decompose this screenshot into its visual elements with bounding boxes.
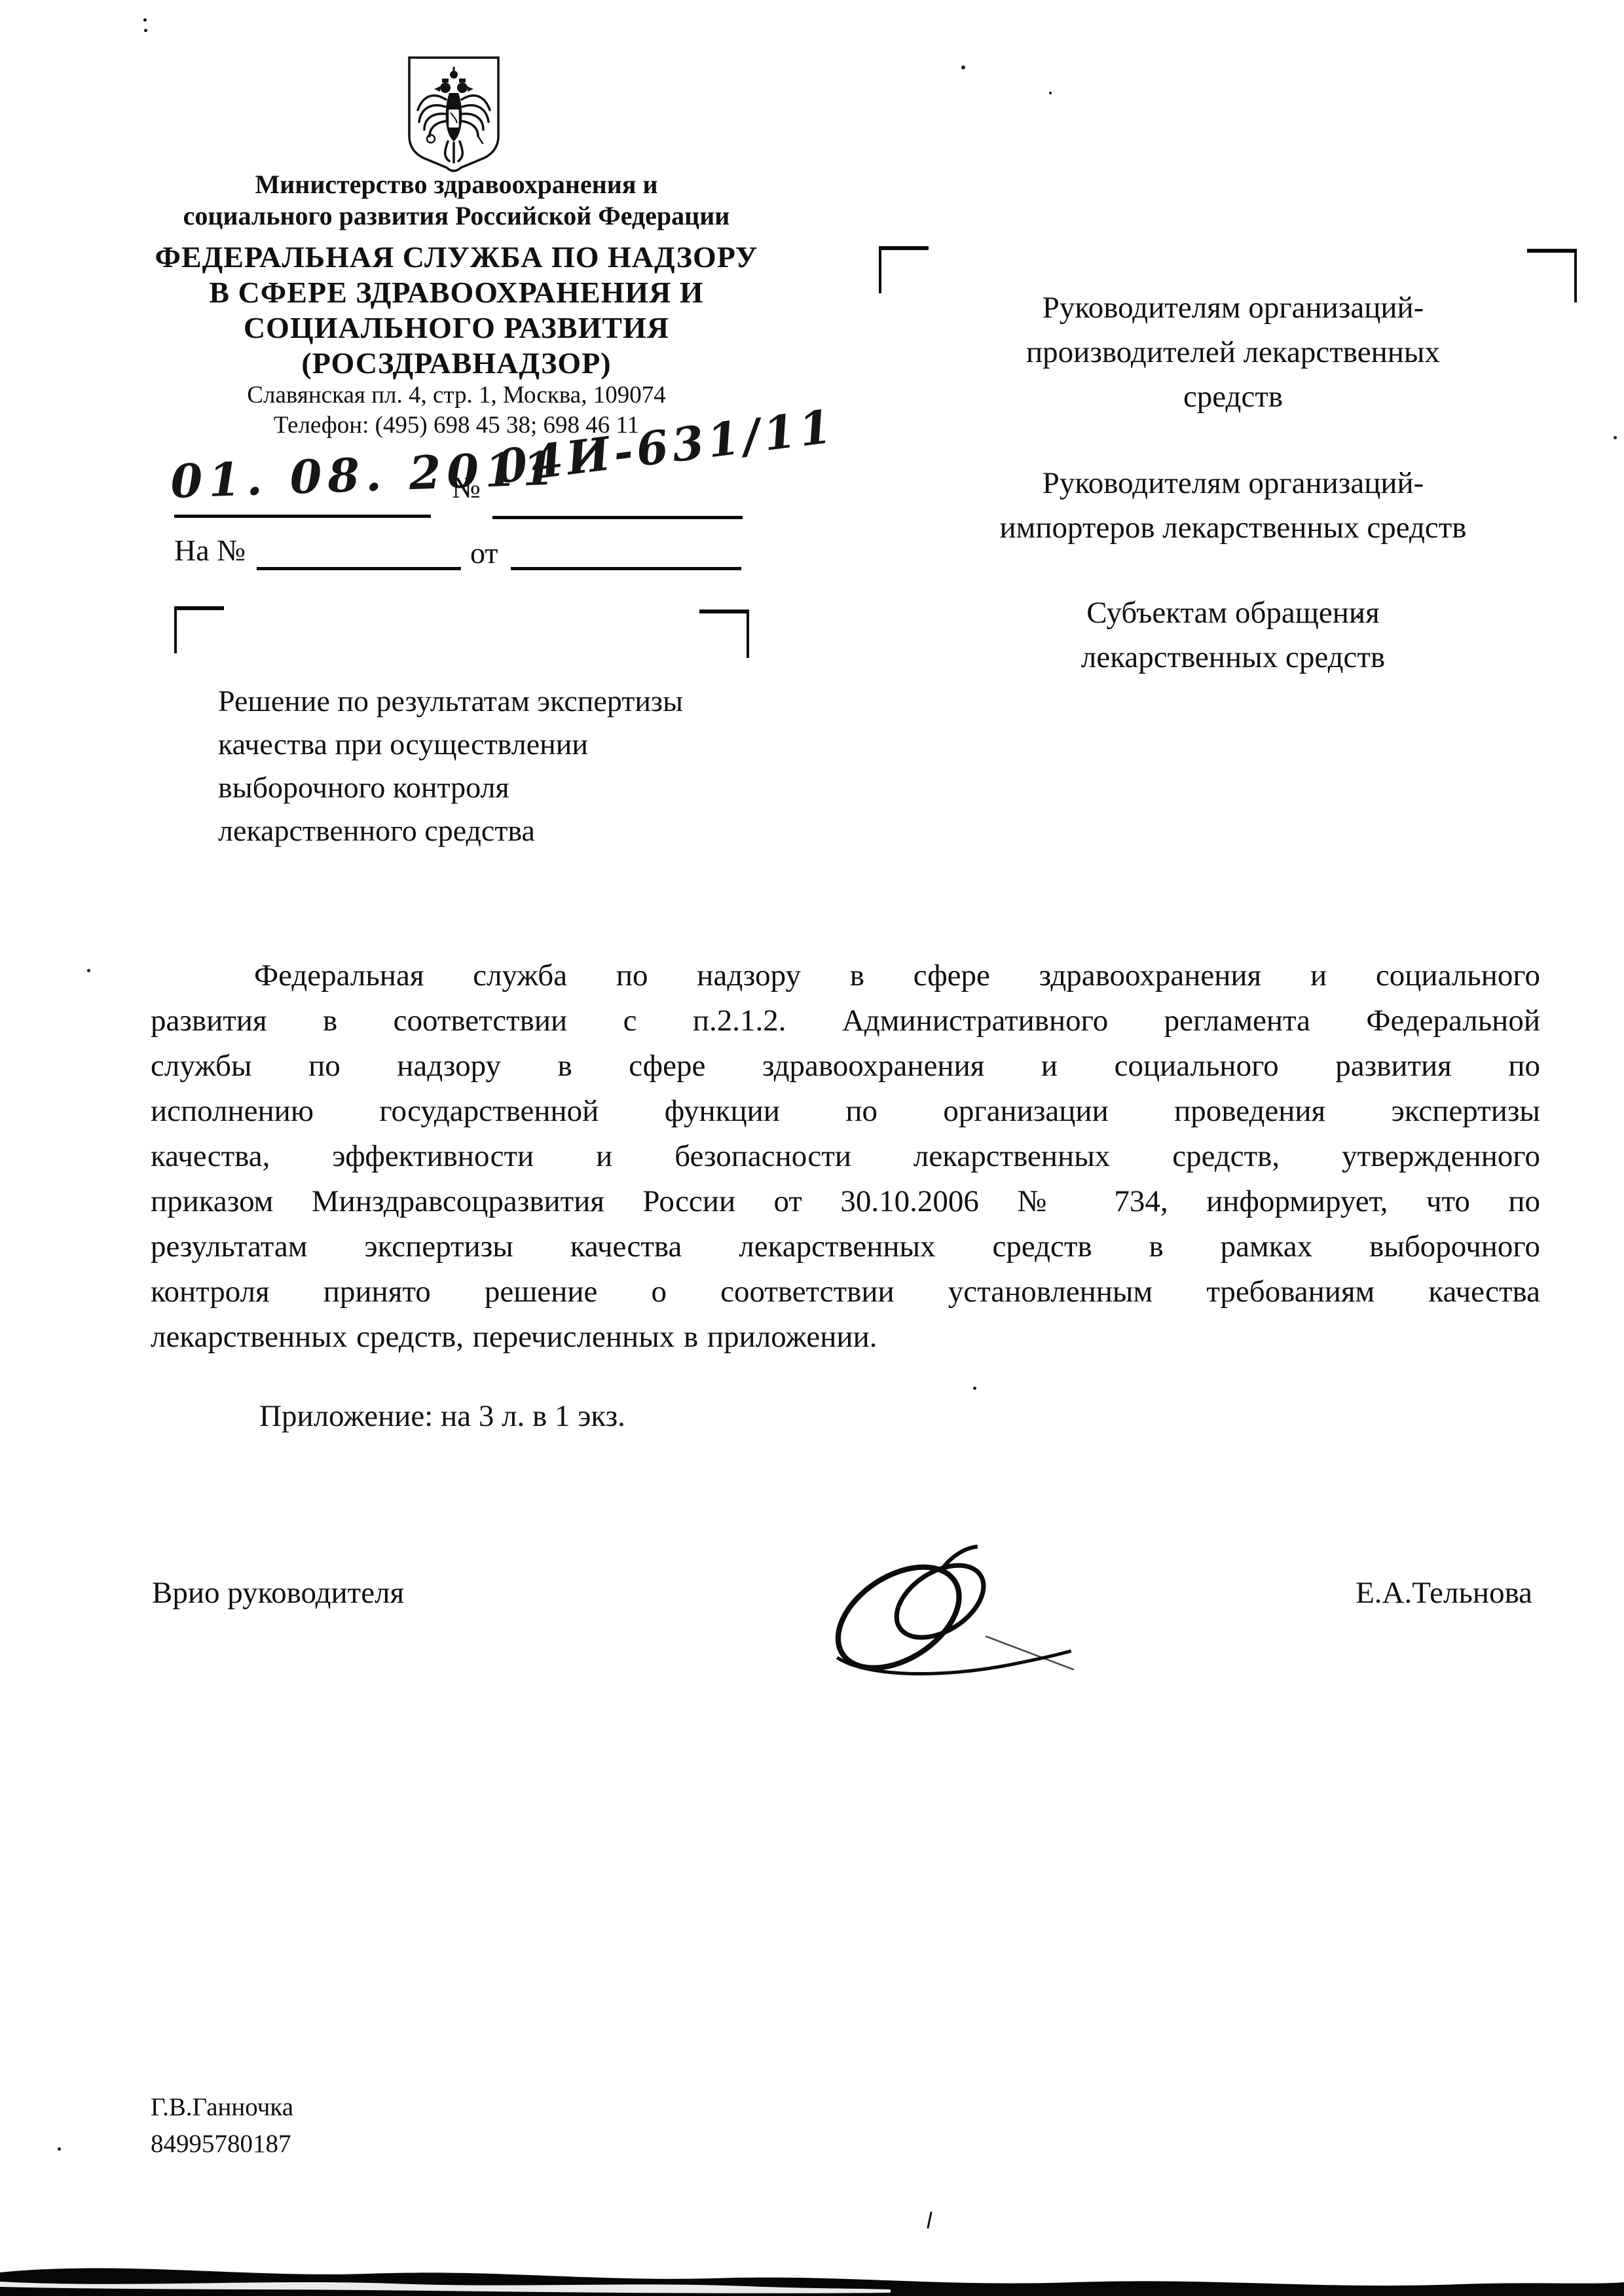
scan-speck [87, 969, 90, 972]
date-blank-line [174, 515, 431, 518]
subject-line: Решение по результатам экспертизы [218, 680, 938, 723]
addressee-line: Руководителям организаций- [922, 285, 1544, 330]
scan-artifact-bar [0, 2255, 1624, 2296]
service-line: (РОСЗДРАВНАДЗОР) [152, 346, 761, 381]
reply-no-label: На № [174, 533, 246, 568]
addressee-line: импортеров лекарственных средств [922, 505, 1544, 550]
scan-speck [143, 18, 147, 22]
executor-phone: 84995780187 [151, 2129, 291, 2159]
service-name: ФЕДЕРАЛЬНАЯ СЛУЖБА ПО НАДЗОРУ В СФЕРЕ ЗД… [152, 240, 761, 381]
number-blank-line [492, 516, 743, 519]
addressee-line: Субъектам обращения [922, 591, 1544, 635]
reply-from-blank-line [511, 567, 741, 570]
subject-line: качества при осуществлении [218, 723, 938, 766]
scan-speck [144, 29, 147, 32]
addressee-line: средств [922, 374, 1544, 419]
scan-speck [1357, 615, 1360, 619]
scan-speck [973, 1387, 976, 1390]
service-line: ФЕДЕРАЛЬНАЯ СЛУЖБА ПО НАДЗОРУ [152, 240, 761, 275]
corner-bracket [174, 606, 224, 653]
body-paragraph: Федеральная служба по надзору в сфере зд… [151, 953, 1540, 1360]
body-line: лекарственных средств, перечисленных в п… [151, 1315, 1540, 1360]
executor-name: Г.В.Ганночка [151, 2092, 293, 2122]
corner-bracket [879, 246, 929, 293]
scan-speck [1614, 436, 1617, 439]
handwritten-signature-icon [765, 1537, 1079, 1691]
signer-position: Врио руководителя [152, 1575, 404, 1611]
subject-block: Решение по результатам экспертизы качест… [218, 680, 938, 852]
scan-speck [1049, 92, 1052, 94]
addressee-line: лекарственных средств [922, 635, 1544, 680]
body-line: службы по надзору в сфере здравоохранени… [151, 1044, 1540, 1089]
subject-line: выборочного контроля [218, 766, 938, 809]
address-line: Славянская пл. 4, стр. 1, Москва, 109074 [152, 381, 761, 409]
ministry-line: Министерство здравоохранения и [152, 169, 761, 200]
addressee-line: производителей лекарственных [922, 330, 1544, 374]
body-line: исполнению государственной функции по ор… [151, 1089, 1540, 1134]
coat-of-arms-icon [405, 55, 503, 176]
signer-name: Е.А.Тельнова [1244, 1575, 1532, 1611]
service-line: В СФЕРЕ ЗДРАВООХРАНЕНИЯ И [152, 275, 761, 310]
ministry-line: социального развития Российской Федераци… [152, 200, 761, 232]
scan-speck [961, 65, 965, 69]
addressee-block-circulation-subjects: Субъектам обращения лекарственных средст… [922, 591, 1544, 680]
addressee-block-importers: Руководителям организаций- импортеров ле… [922, 461, 1544, 550]
reply-from-label: от [470, 536, 498, 570]
attachment-note: Приложение: на 3 л. в 1 экз. [259, 1398, 625, 1434]
body-line: качества, эффективности и безопасности л… [151, 1134, 1540, 1179]
body-line: развития в соответствии с п.2.1.2. Админ… [151, 998, 1540, 1044]
scan-speck [58, 2147, 61, 2151]
body-line: контроля принято решение о соответствии … [151, 1269, 1540, 1315]
body-line: приказом Минздравсоцразвития России от 3… [151, 1179, 1540, 1224]
service-line: СОЦИАЛЬНОГО РАЗВИТИЯ [152, 310, 761, 346]
number-sign: № [452, 470, 481, 505]
addressee-line: Руководителям организаций- [922, 461, 1544, 505]
ministry-name: Министерство здравоохранения и социально… [152, 169, 761, 232]
body-line: Федеральная служба по надзору в сфере зд… [151, 953, 1540, 998]
subject-line: лекарственного средства [218, 809, 938, 852]
scanned-letter-page: Министерство здравоохранения и социально… [0, 0, 1624, 2296]
reply-no-blank-line [257, 567, 461, 570]
scan-speck [927, 2212, 932, 2229]
body-line: результатам экспертизы качества лекарств… [151, 1224, 1540, 1269]
corner-bracket [699, 610, 749, 658]
addressee-block-manufacturers: Руководителям организаций- производителе… [922, 285, 1544, 419]
